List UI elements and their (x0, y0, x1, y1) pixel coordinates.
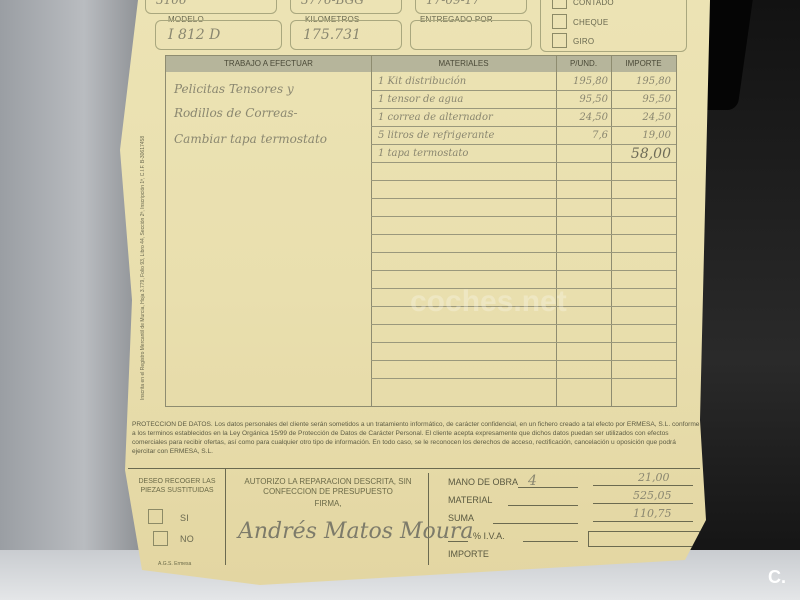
giro-checkbox (552, 33, 567, 48)
privacy-notice: PROTECCION DE DATOS. Los datos personale… (132, 420, 700, 456)
printer-credit: A.G.S. Ermesa (158, 561, 191, 567)
si-checkbox (148, 509, 163, 524)
top-field-1: 3106 (145, 0, 277, 14)
site-logo: C. (768, 567, 786, 588)
top-field-3: 17-09-17 (415, 0, 527, 14)
kilometros-field: 175.731 (290, 20, 402, 50)
header-importe: IMPORTE (611, 56, 676, 72)
cheque-checkbox (552, 14, 567, 29)
work-order-form: 3106 3776-BGG 17-09-17 MODELO I 812 D KI… (120, 0, 720, 585)
modelo-field: I 812 D (155, 20, 282, 50)
recoger-label: DESEO RECOGER LAS PIEZAS SUSTITUIDAS (132, 477, 222, 495)
header-materiales: MATERIALES (371, 56, 557, 72)
trabajo-line: Rodillos de Correas- (174, 106, 298, 120)
watermark: coches.net (410, 285, 567, 319)
header-trabajo: TRABAJO A EFECTUAR (166, 56, 372, 72)
trabajo-line: Cambiar tapa termostato (174, 132, 327, 146)
no-checkbox (153, 531, 168, 546)
trabajo-line: Pelicitas Tensores y (174, 82, 294, 96)
contado-checkbox (552, 0, 567, 9)
header-punit: P/UND. (556, 56, 612, 72)
background-sink (0, 0, 140, 600)
top-field-2: 3776-BGG (290, 0, 402, 14)
entregado-field (410, 20, 532, 50)
registry-side-text: Inscrita en el Registro Mercantil de Mur… (140, 136, 146, 400)
signature: Andrés Matos Moura (238, 519, 474, 544)
materials-table: TRABAJO A EFECTUAR MATERIALES P/UND. IMP… (165, 55, 677, 407)
importe-box (588, 531, 700, 547)
firma-label: FIRMA, (238, 499, 418, 508)
bottom-section: DESEO RECOGER LAS PIEZAS SUSTITUIDAS SI … (128, 468, 700, 569)
autorizo-label: AUTORIZO LA REPARACION DESCRITA, SIN CON… (238, 477, 418, 497)
